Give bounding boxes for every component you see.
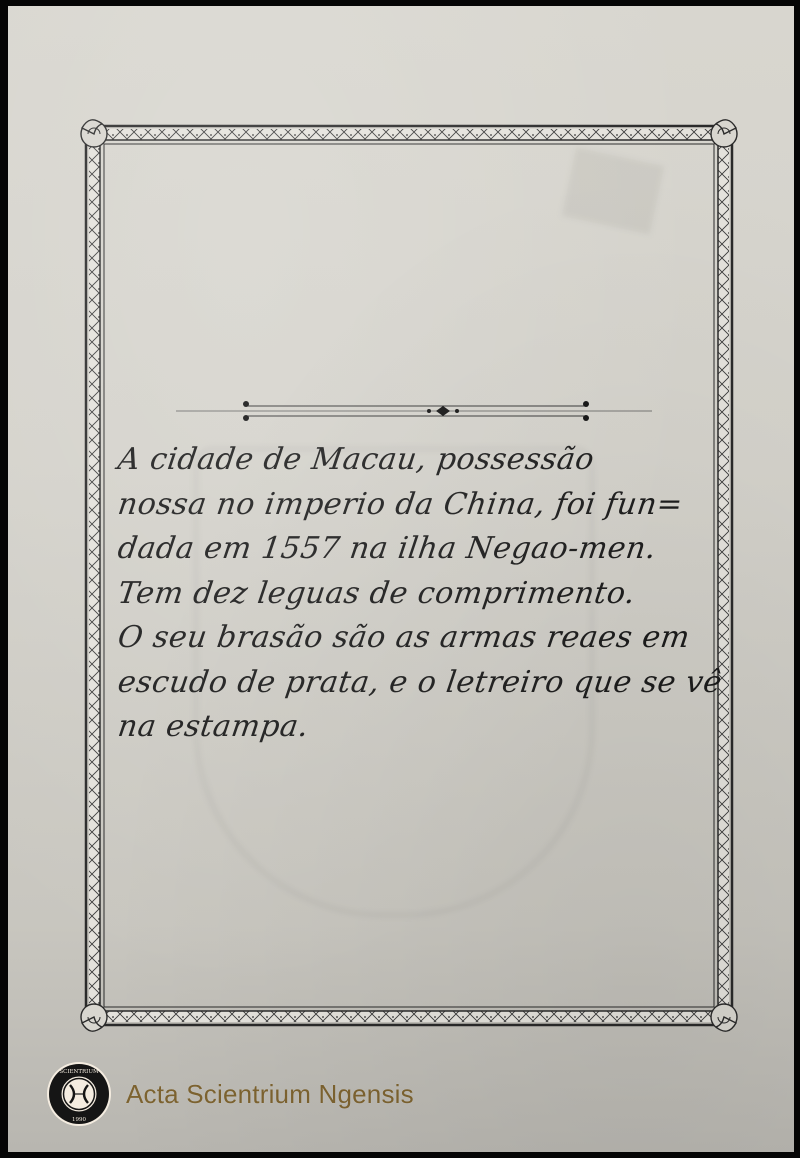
- handwritten-passage: A cidade de Macau, possessão nossa no im…: [118, 438, 718, 750]
- section-divider: [176, 396, 652, 426]
- brand-name: Acta Scientrium Ngensis: [126, 1079, 414, 1110]
- text-line: O seu brasão são as armas reaes em: [115, 616, 721, 661]
- text-line: A cidade de Macau, possessão: [115, 438, 721, 483]
- svg-text:SCIENTRIUM: SCIENTRIUM: [59, 1069, 99, 1075]
- seal-year: 1990: [72, 1117, 86, 1123]
- diamond-rule-icon: [176, 396, 652, 426]
- text-line: nossa no imperio da China, foi fun=: [115, 483, 721, 528]
- society-seal-icon: SCIENTRIUM 1990: [46, 1061, 112, 1127]
- text-line: Tem dez leguas de comprimento.: [115, 572, 721, 617]
- text-line: dada em 1557 na ilha Negao-men.: [115, 527, 721, 572]
- document-page: A cidade de Macau, possessão nossa no im…: [8, 6, 794, 1152]
- text-line: escudo de prata, e o letreiro que se vê: [115, 661, 721, 706]
- watermark-footer: SCIENTRIUM 1990 Acta Scientrium Ngensis: [46, 1061, 414, 1127]
- text-line: na estampa.: [115, 705, 721, 750]
